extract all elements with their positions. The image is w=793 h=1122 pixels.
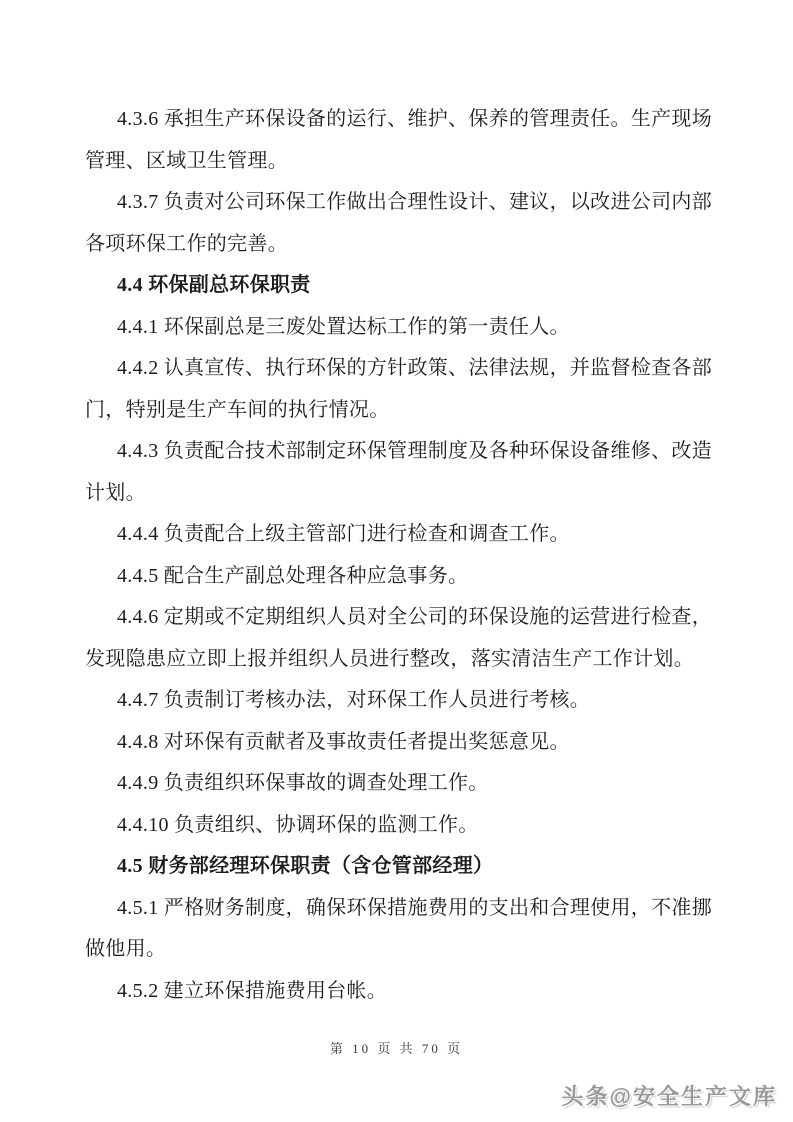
paragraph-4-4-1: 4.4.1 环保副总是三废处置达标工作的第一责任人。 [85, 307, 712, 349]
paragraph-4-4-4: 4.4.4 负责配合上级主管部门进行检查和调查工作。 [85, 514, 712, 556]
paragraph-4-4-3: 4.4.3 负责配合技术部制定环保管理制度及各种环保设备维修、改造计划。 [85, 431, 712, 514]
paragraph-4-4-8: 4.4.8 对环保有贡献者及事故责任者提出奖惩意见。 [85, 722, 712, 764]
paragraph-4-3-6: 4.3.6 承担生产环保设备的运行、维护、保养的管理责任。生产现场管理、区域卫生… [85, 99, 712, 182]
paragraph-4-4-10: 4.4.10 负责组织、协调环保的监测工作。 [85, 805, 712, 847]
page-number-footer: 第 10 页 共 70 页 [0, 1038, 793, 1057]
paragraph-4-4-7: 4.4.7 负责制订考核办法，对环保工作人员进行考核。 [85, 680, 712, 722]
paragraph-4-3-7: 4.3.7 负责对公司环保工作做出合理性设计、建议，以改进公司内部各项环保工作的… [85, 182, 712, 265]
toutiao-watermark: 头条@安全生产文库 [562, 1080, 777, 1111]
paragraph-4-4-5: 4.4.5 配合生产副总处理各种应急事务。 [85, 556, 712, 598]
document-body: 4.3.6 承担生产环保设备的运行、维护、保养的管理责任。生产现场管理、区域卫生… [85, 99, 712, 1012]
document-page: 4.3.6 承担生产环保设备的运行、维护、保养的管理责任。生产现场管理、区域卫生… [0, 0, 793, 1122]
paragraph-4-4-6: 4.4.6 定期或不定期组织人员对全公司的环保设施的运营进行检查，发现隐患应立即… [85, 597, 712, 680]
section-heading-4-4: 4.4 环保副总环保职责 [85, 265, 712, 307]
paragraph-4-5-1: 4.5.1 严格财务制度，确保环保措施费用的支出和合理使用，不准挪做他用。 [85, 888, 712, 971]
section-heading-4-5: 4.5 财务部经理环保职责（含仓管部经理） [85, 846, 712, 888]
paragraph-4-4-9: 4.4.9 负责组织环保事故的调查处理工作。 [85, 763, 712, 805]
paragraph-4-5-2: 4.5.2 建立环保措施费用台帐。 [85, 971, 712, 1013]
paragraph-4-4-2: 4.4.2 认真宣传、执行环保的方针政策、法律法规，并监督检查各部门，特别是生产… [85, 348, 712, 431]
